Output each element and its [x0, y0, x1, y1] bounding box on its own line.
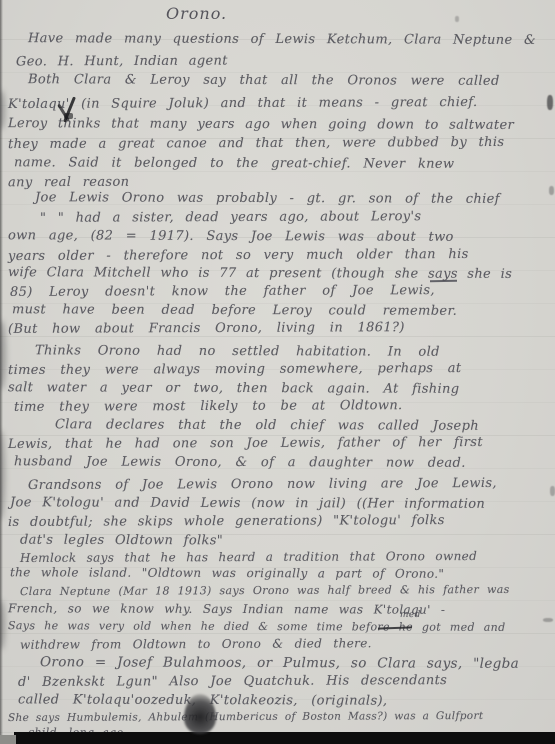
handwritten-line: is doubtful; she skips whole generations…	[8, 513, 445, 530]
handwritten-line: time they were most likely to be at Oldt…	[14, 398, 403, 415]
handwritten-line: withdrew from Oldtown to Orono & died th…	[20, 636, 372, 652]
handwritten-line: Clara Neptune (Mar 18 1913) says Orono w…	[20, 583, 510, 598]
handwritten-line: must have been dead before Leroy could r…	[12, 302, 457, 319]
handwritten-line: Leroy thinks that many years ago when go…	[8, 116, 514, 133]
handwritten-line: husband Joe Lewis Orono, & of a daughter…	[14, 454, 466, 471]
handwritten-line: Says he was very old when he died & some…	[8, 619, 506, 634]
handwritten-line: the whole island. "Oldtown was originall…	[10, 565, 444, 581]
edge-speck	[549, 186, 554, 195]
edge-speck	[455, 16, 459, 22]
handwritten-line: own age, (82 = 1917). Says Joe Lewis was…	[8, 228, 454, 245]
handwritten-line: Hemlock says that he has heard a traditi…	[20, 549, 477, 565]
handwritten-line: Orono = Josef Bulahmoos, or Pulmus, so C…	[40, 654, 519, 672]
manuscript-page: Orono. Have made many questions of Lewis…	[0, 0, 555, 744]
scribble-stroke	[64, 113, 73, 119]
handwritten-line: French, so we know why. Says Indian name…	[8, 601, 445, 617]
handwritten-line: Both Clara & Leroy say that all the Oron…	[28, 72, 500, 89]
handwritten-line: times they were always moving somewhere,…	[8, 361, 461, 378]
scan-bottom-black-band	[14, 732, 555, 744]
handwritten-line: med	[400, 610, 421, 620]
handwritten-line: K'tolaqu' (in Squire Joluk) and that it …	[8, 95, 477, 112]
handwriting-layer: Have made many questions of Lewis Ketchu…	[0, 0, 555, 744]
scan-bottom-left-corner	[0, 735, 16, 744]
handwritten-line: Joe K'tologu' and David Lewis (now in ja…	[10, 495, 485, 512]
edge-speck	[550, 486, 555, 496]
handwritten-line: dat's legles Oldtown folks"	[20, 533, 223, 549]
handwritten-line: years older - therefore not so very much…	[8, 247, 469, 264]
handwritten-line: name. Said it belonged to the great-chie…	[14, 155, 454, 172]
handwritten-line: " " had a sister, dead years ago, about …	[40, 209, 421, 226]
handwritten-line: salt water a year or two, then back agai…	[8, 380, 459, 397]
handwritten-line: Clara declares that the old chief was ca…	[55, 417, 479, 433]
handwritten-line: Geo. H. Hunt, Indian agent	[16, 54, 228, 70]
edge-speck	[543, 618, 553, 622]
handwritten-line: (But how about Francis Orono, living in …	[8, 320, 405, 337]
edge-speck	[547, 95, 553, 110]
handwritten-line: She says Humbulemis, Ahbulem (Humbericus…	[8, 710, 483, 724]
ink-blot	[184, 694, 216, 734]
handwritten-line: d' Bzenkskt Lgun" Also Joe Quatchuk. His…	[18, 673, 447, 690]
handwritten-line: Lewis, that he had one son Joe Lewis, fa…	[8, 435, 483, 452]
handwritten-line: Joe Lewis Orono was probably - gt. gr. s…	[35, 190, 500, 207]
handwritten-line: Grandsons of Joe Lewis Orono now living …	[28, 476, 497, 493]
handwritten-line: Thinks Orono had no settled habitation. …	[35, 343, 440, 359]
handwritten-line: 85) Leroy doesn't know the father of Joe…	[10, 283, 435, 300]
handwritten-line: Have made many questions of Lewis Ketchu…	[28, 31, 536, 48]
handwritten-line: any real reason	[8, 175, 129, 191]
handwritten-line: they made a great canoe and that then, w…	[8, 135, 504, 152]
